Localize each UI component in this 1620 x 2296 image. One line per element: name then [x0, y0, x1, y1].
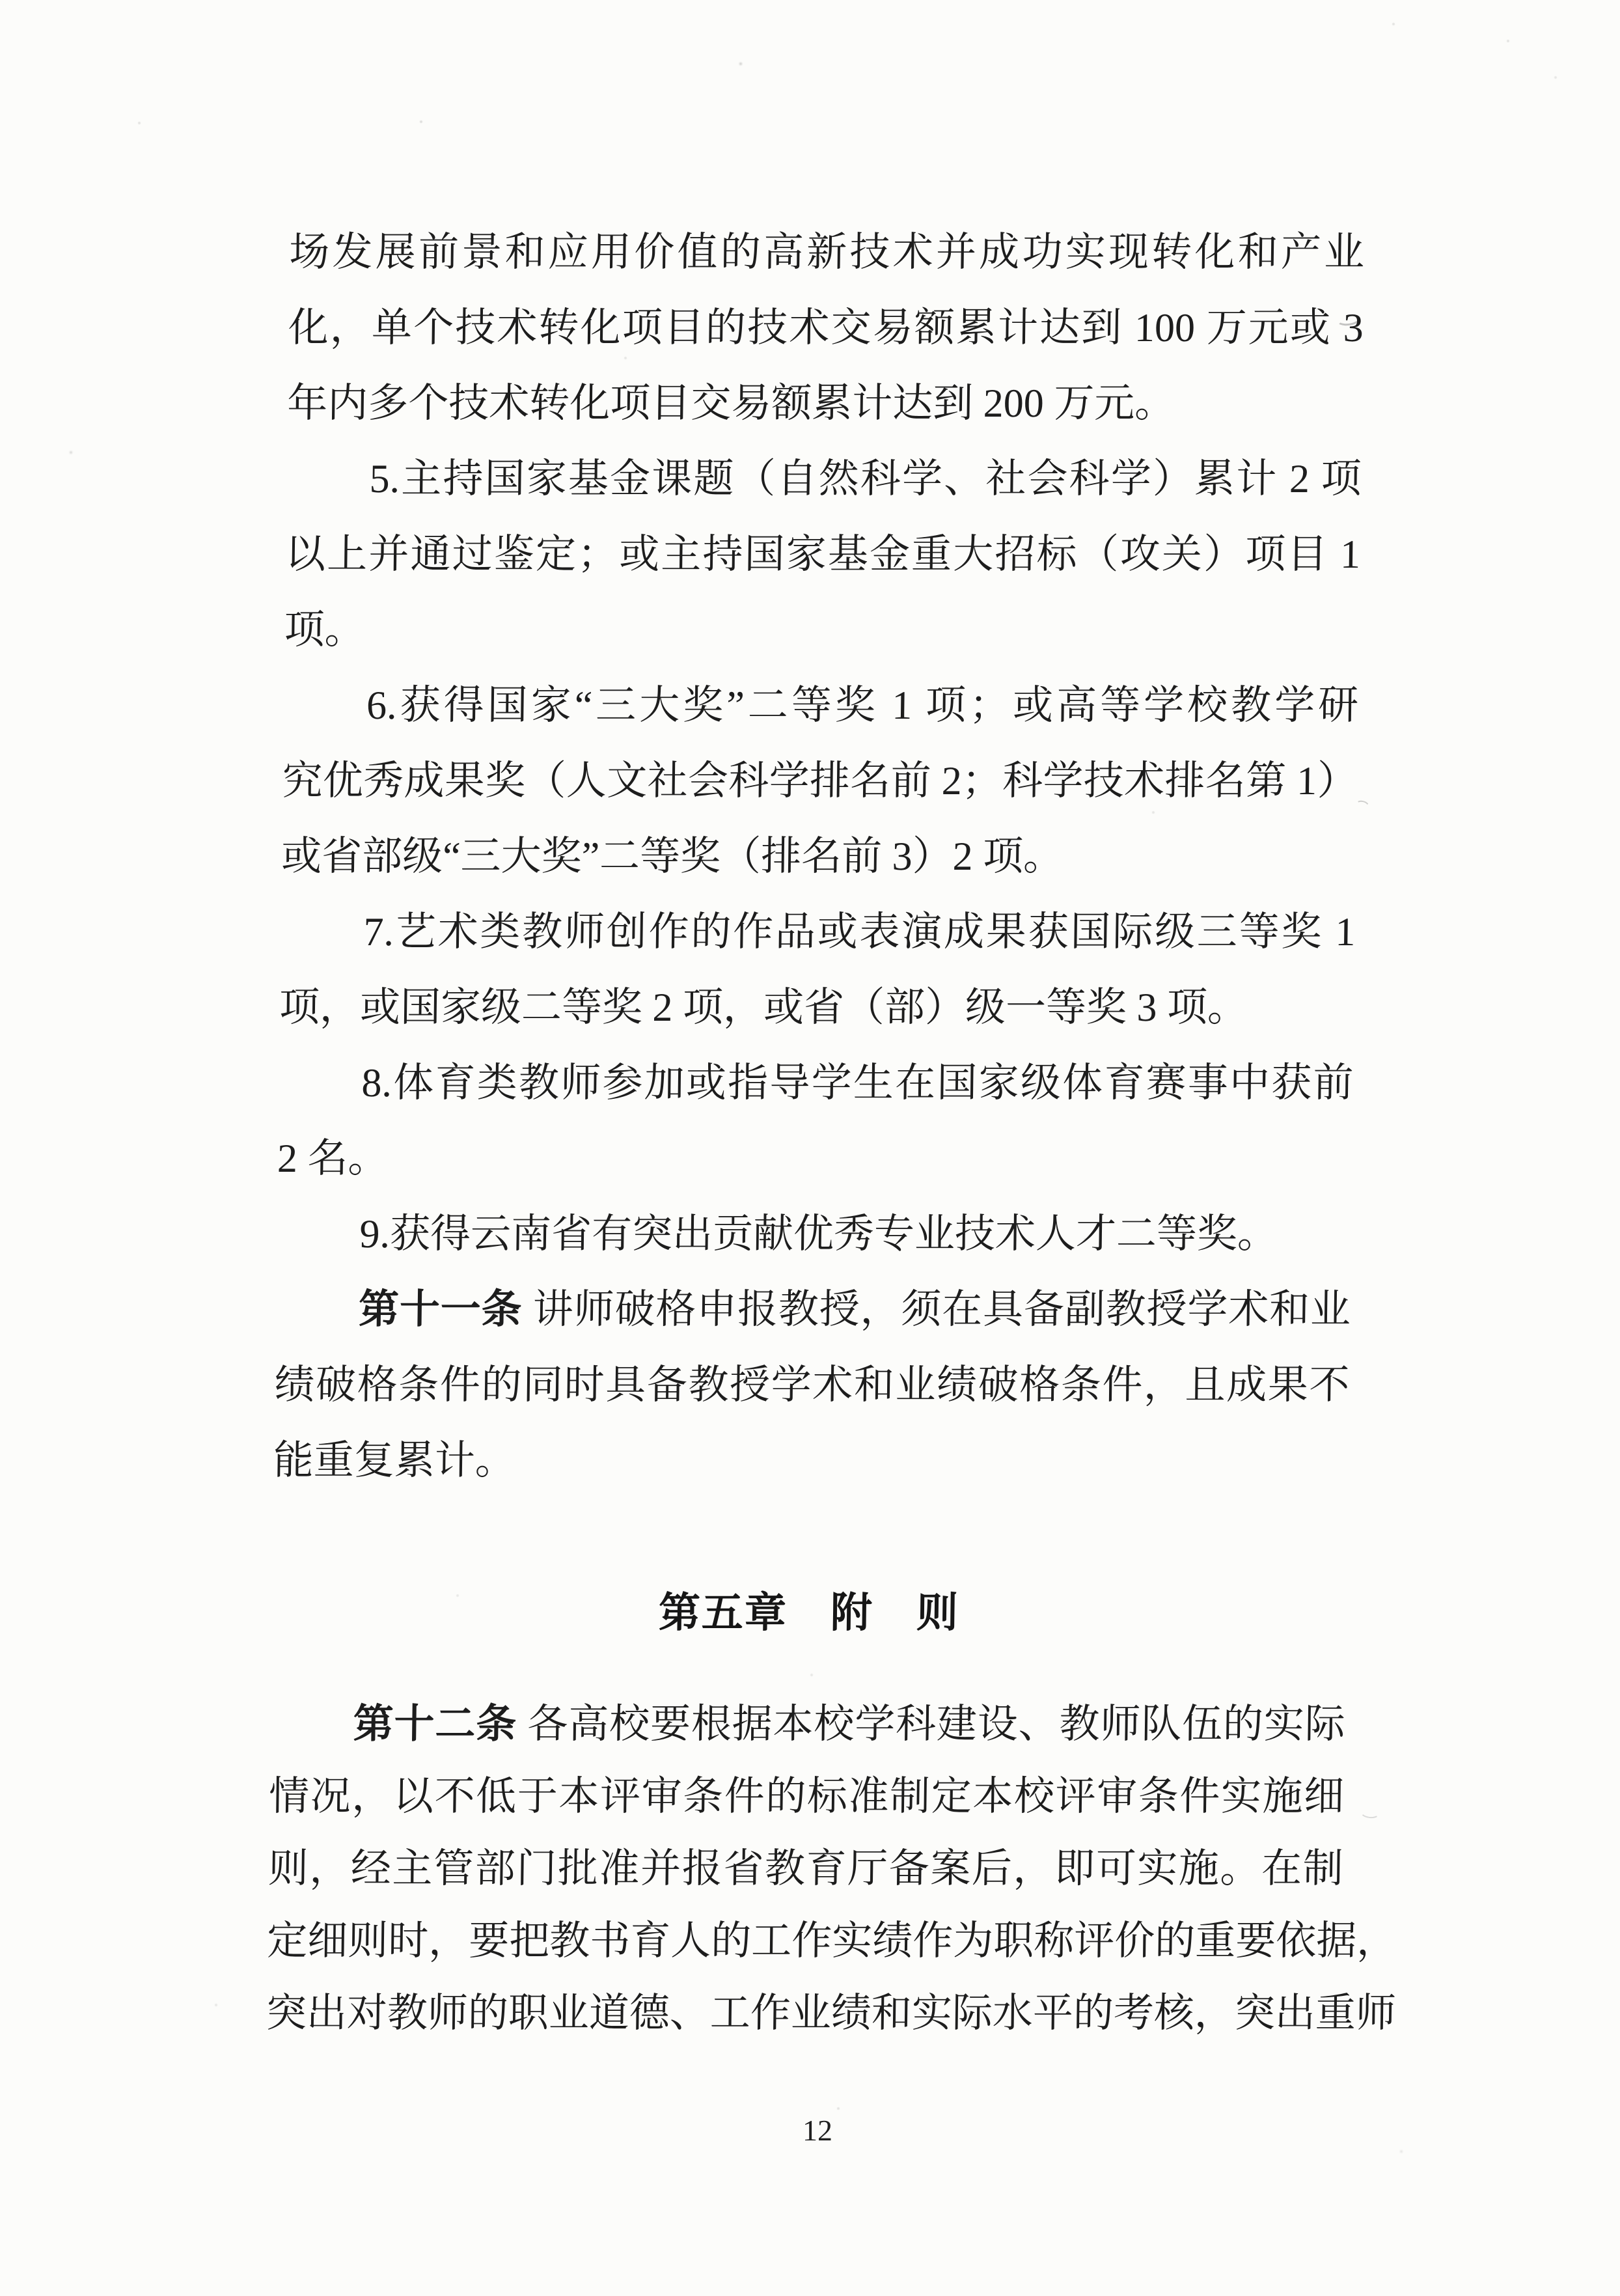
text-line: 7.艺术类教师创作的作品或表演成果获国际级三等奖 1 — [280, 894, 1356, 970]
text-line: 以上并通过鉴定；或主持国家基金重大招标（攻关）项目 1 — [284, 517, 1361, 592]
text-line: 定细则时，要把教书育人的工作实绩作为职称评价的重要依据， — [267, 1905, 1343, 1978]
scan-noise — [0, 0, 1, 1]
text-line: 化，单个技术转化项目的技术交易额累计达到 100 万元或 3 — [288, 290, 1364, 366]
scan-smudge — [1360, 1805, 1380, 1819]
text-line: 9.获得云南省有突出贡献优秀专业技术人才二等奖。 — [276, 1196, 1352, 1272]
text-line: 或省部级“三大奖”二等奖（排名前 3）2 项。 — [281, 819, 1357, 894]
scanned-document-page: 场发展前景和应用价值的高新技术并成功实现转化和产业 化，单个技术转化项目的技术交… — [0, 0, 1620, 2296]
text-line: 5.主持国家基金课题（自然科学、社会科学）累计 2 项 — [286, 441, 1362, 517]
page-number: 12 — [788, 2113, 847, 2148]
text-line: 8.体育类教师参加或指导学生在国家级体育赛事中获前 — [278, 1045, 1354, 1121]
text-line: 情况，以不低于本评审条件的标准制定本校评审条件实施细 — [268, 1761, 1344, 1833]
text-line: 突出对教师的职业道德、工作业绩和实际水平的考核，突出重师 — [266, 1978, 1341, 2050]
text-line: 第十一条 讲师破格申报教授，须在具备副教授学术和业 — [275, 1272, 1351, 1348]
article-12-text: 各高校要根据本校学科建设、教师队伍的实际 — [517, 1702, 1345, 1747]
text-line: 能重复累计。 — [273, 1423, 1349, 1499]
article-11-number: 第十一条 — [359, 1288, 523, 1332]
text-line: 年内多个技术转化项目交易额累计达到 200 万元。 — [286, 366, 1363, 441]
text-line: 项，或国家级二等奖 2 项，或省（部）级一等奖 3 项。 — [279, 970, 1355, 1045]
text-line: 项。 — [284, 592, 1360, 668]
article-12-number: 第十二条 — [353, 1702, 517, 1747]
chapter-heading: 第五章 附 则 — [271, 1575, 1347, 1651]
text-line: 绩破格条件的同时具备教授学术和业绩破格条件，且成果不 — [274, 1348, 1351, 1423]
document-body: 场发展前景和应用价值的高新技术并成功实现转化和产业 化，单个技术转化项目的技术交… — [266, 215, 1365, 2050]
text-line: 第十二条 各高校要根据本校学科建设、教师队伍的实际 — [269, 1689, 1345, 1761]
text-line: 究优秀成果奖（人文社会科学排名前 2；科学技术排名第 1） — [282, 743, 1358, 819]
text-line: 6.获得国家“三大奖”二等奖 1 项；或高等学校教学研 — [282, 668, 1359, 743]
article-11-text: 讲师破格申报教授，须在具备副教授学术和业 — [522, 1288, 1351, 1332]
text-line: 则，经主管部门批准并报省教育厅备案后，即可实施。在制 — [268, 1833, 1343, 1905]
text-line: 场发展前景和应用价值的高新技术并成功实现转化和产业 — [288, 215, 1365, 290]
text-line: 2 名。 — [277, 1121, 1353, 1196]
